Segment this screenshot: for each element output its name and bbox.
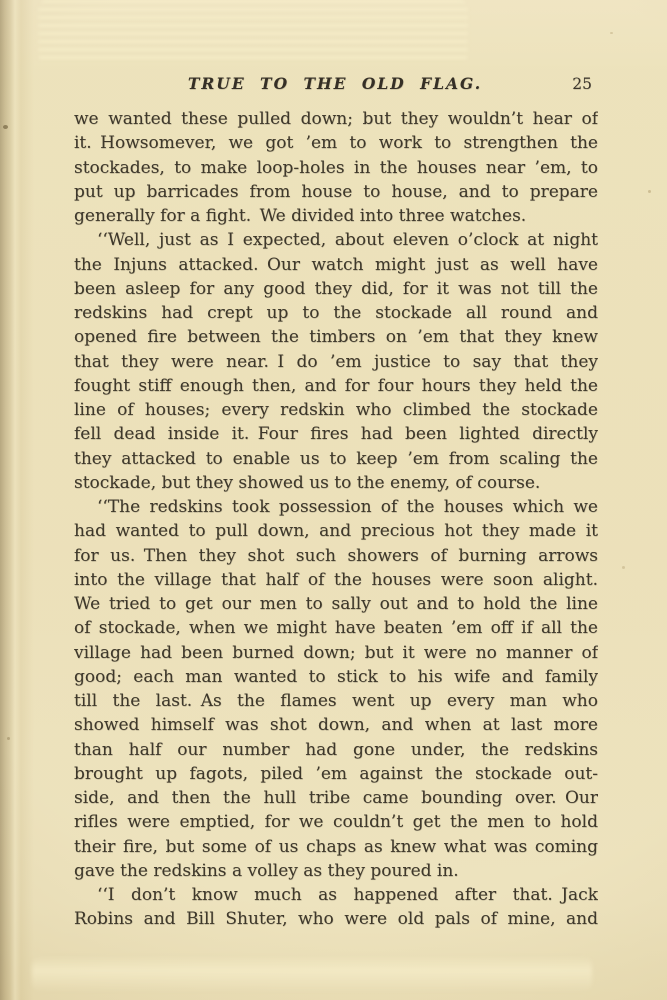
scan-light-band-bottom [32, 956, 592, 992]
paper-speck [622, 566, 625, 569]
paper-speck [648, 190, 651, 193]
text-line: showed himself was shot down, and when a… [74, 713, 598, 737]
text-line: rifles were emptied, for we couldn’t get… [74, 810, 598, 834]
book-page-scan: TRUE TO THE OLD FLAG. 25 we wanted these… [0, 0, 667, 1000]
scan-light-band-top [38, 0, 468, 62]
text-line: redskins had crept up to the stockade al… [74, 301, 598, 325]
text-line: line of houses; every redskin who climbe… [74, 398, 598, 422]
text-line: Robins and Bill Shuter, who were old pal… [74, 907, 598, 931]
text-line: till the last. As the flames went up eve… [74, 689, 598, 713]
text-line: of stockade, when we might have beaten ’… [74, 616, 598, 640]
paper-speck [610, 32, 613, 34]
text-line: had wanted to pull down, and precious ho… [74, 519, 598, 543]
text-line: they attacked to enable us to keep ’em f… [74, 447, 598, 471]
text-line: been asleep for any good they did, for i… [74, 277, 598, 301]
text-line: stockades, to make loop-holes in the hou… [74, 156, 598, 180]
text-line: it. Howsomever, we got ’em to work to st… [74, 131, 598, 155]
text-line: fought stiff enough then, and for four h… [74, 374, 598, 398]
paper-speck [3, 125, 8, 129]
text-line: generally for a fight. We divided into t… [74, 204, 598, 228]
text-line: the Injuns attacked. Our watch might jus… [74, 253, 598, 277]
text-line: than half our number had gone under, the… [74, 738, 598, 762]
text-line: village had been burned down; but it wer… [74, 641, 598, 665]
page-gutter-shadow [0, 0, 34, 1000]
text-line: fell dead inside it. Four fires had been… [74, 422, 598, 446]
text-line: side, and then the hull tribe came bound… [74, 786, 598, 810]
text-line: gave the redskins a volley as they poure… [74, 859, 598, 883]
text-line: that they were near. I do ’em justice to… [74, 350, 598, 374]
running-header-title: TRUE TO THE OLD FLAG. [72, 74, 598, 93]
text-line: ‘‘I don’t know much as happened after th… [74, 883, 598, 907]
text-line: opened fire between the timbers on ’em t… [74, 325, 598, 349]
page-number: 25 [572, 75, 592, 93]
running-header: TRUE TO THE OLD FLAG. 25 [72, 74, 598, 100]
text-line: ‘‘The redskins took possession of the ho… [74, 495, 598, 519]
paper-speck [7, 737, 10, 740]
text-line: brought up fagots, piled ’em against the… [74, 762, 598, 786]
text-line: good; each man wanted to stick to his wi… [74, 665, 598, 689]
text-line: we wanted these pulled down; but they wo… [74, 107, 598, 131]
text-line: ‘‘Well, just as I expected, about eleven… [74, 228, 598, 252]
text-line: stockade, but they showed us to the enem… [74, 471, 598, 495]
text-line: for us. Then they shot such showers of b… [74, 544, 598, 568]
text-line: put up barricades from house to house, a… [74, 180, 598, 204]
text-line: into the village that half of the houses… [74, 568, 598, 592]
text-line: their fire, but some of us chaps as knew… [74, 835, 598, 859]
page-body-text: we wanted these pulled down; but they wo… [74, 107, 598, 932]
text-line: We tried to get our men to sally out and… [74, 592, 598, 616]
